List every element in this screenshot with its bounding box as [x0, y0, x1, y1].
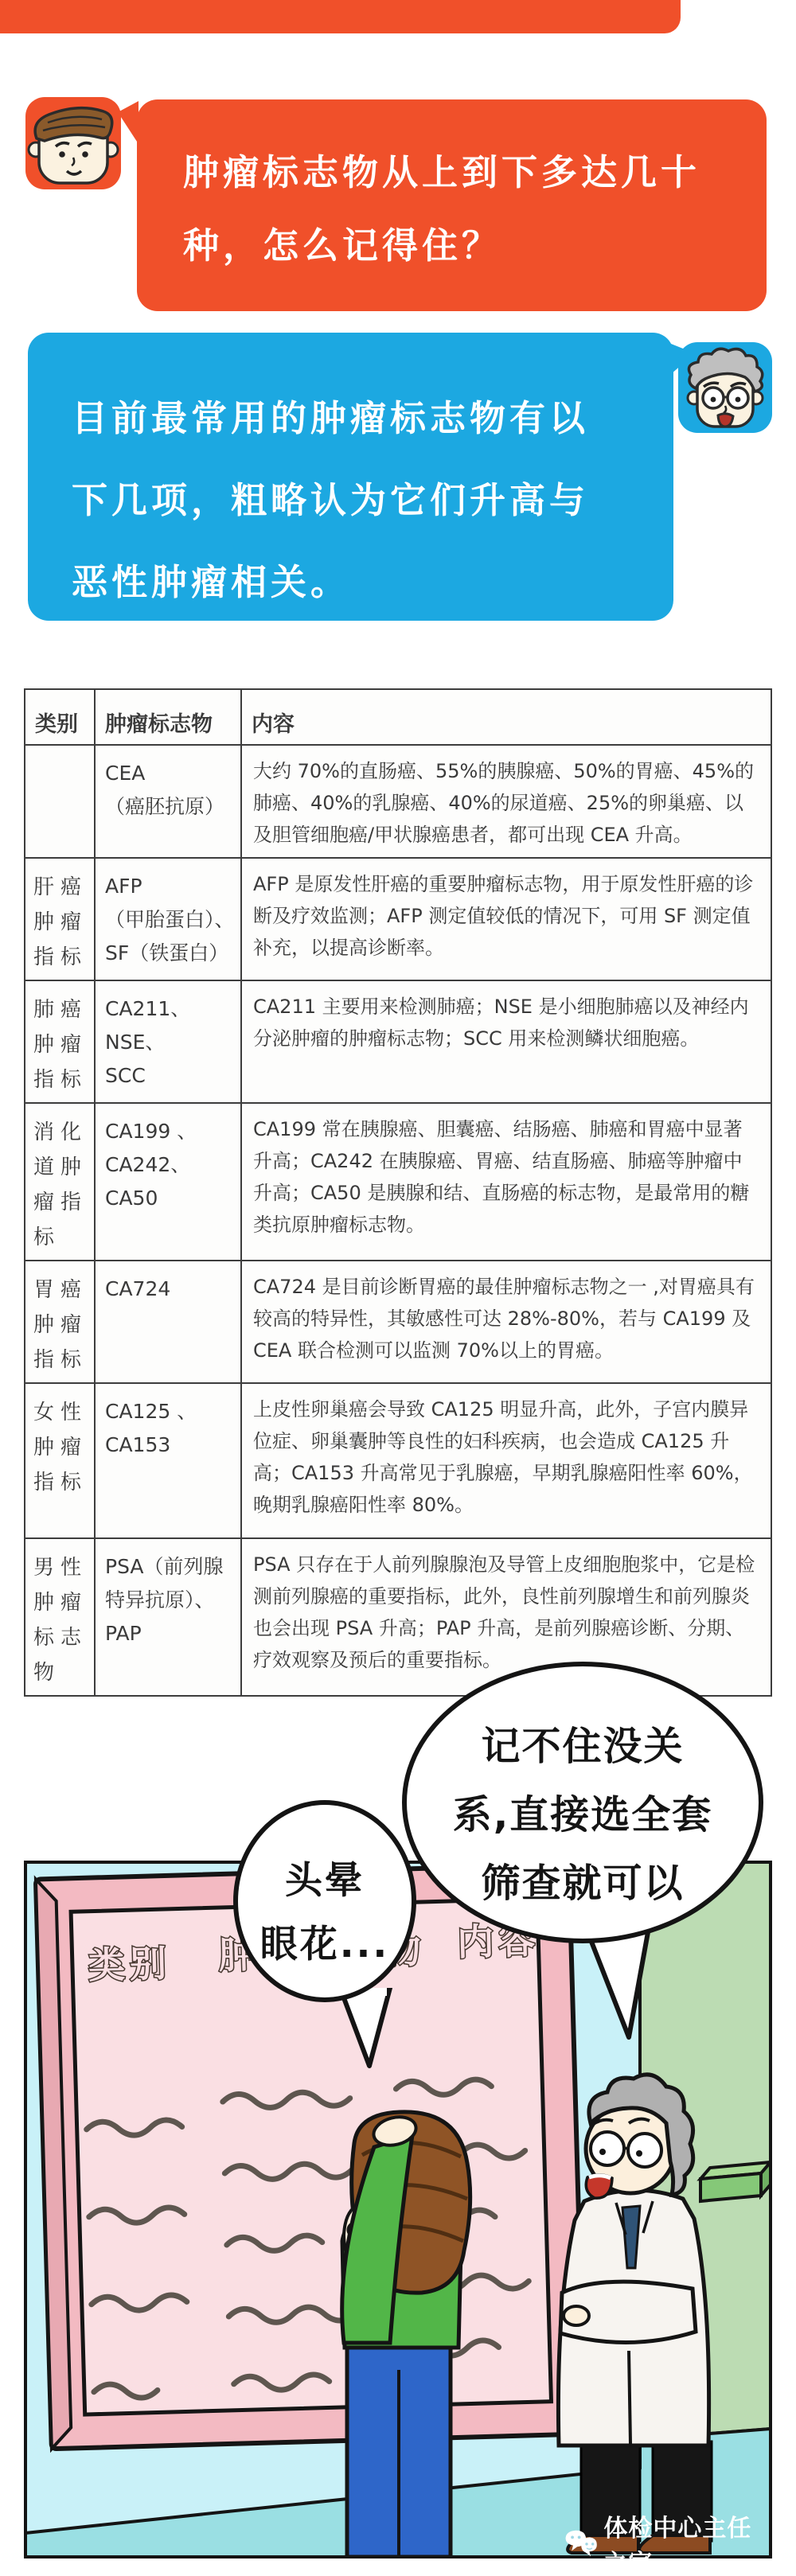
content-cell: CA724 是目前诊断胃癌的最佳肿瘤标志物之一 ,对胃癌具有较高的特异性，其敏感…: [241, 1261, 771, 1383]
table-row: CEA （癌胚抗原） 大约 70%的直肠癌、55%的胰腺癌、50%的胃癌、45%…: [25, 745, 771, 858]
fullset-line: 系,直接选全套: [407, 1781, 759, 1849]
dizzy-line: 眼花...: [238, 1913, 412, 1977]
header-category: 类别: [25, 689, 95, 745]
wall-sign: [700, 2162, 771, 2201]
content-cell: AFP 是原发性肝癌的重要肿瘤标志物，用于原发性肝癌的诊断及疗效监测；AFP 测…: [241, 858, 771, 980]
question-bubble: 肿瘤标志物从上到下多达几十 种，怎么记得住？: [137, 99, 767, 311]
marker-cell: CA125 、 CA153: [95, 1383, 241, 1538]
answer-bubble: 目前最常用的肿瘤标志物有以 下几项，粗略认为它们升高与 恶性肿瘤相关。: [28, 333, 673, 621]
category-cell: [25, 745, 95, 858]
question-line: 肿瘤标志物从上到下多达几十: [183, 136, 767, 209]
doctor-avatar: [678, 342, 772, 433]
content-cell: PSA 只存在于人前列腺腺泡及导管上皮细胞胞浆中，它是检测前列腺癌的重要指标，此…: [241, 1538, 771, 1696]
tumor-marker-table: 类别 肿瘤标志物 内容 CEA （癌胚抗原） 大约 70%的直肠癌、55%的胰腺…: [24, 688, 772, 1697]
table-row: 男性肿瘤标志物 PSA（前列腺 特异抗原）、 PAP PSA 只存在于人前列腺腺…: [25, 1538, 771, 1696]
table-row: 女性肿瘤指标 CA125 、 CA153 上皮性卵巢癌会导致 CA125 明显升…: [25, 1383, 771, 1538]
man-figure: [342, 2112, 470, 2557]
answer-line: 恶性肿瘤相关。: [72, 541, 673, 623]
infographic-page: 肿瘤标志物从上到下多达几十 种，怎么记得住？ 目前最常用的肿瘤标志物有以 下几项…: [0, 0, 796, 2576]
watermark: 体检中心主任之家: [564, 2508, 772, 2576]
fullset-line: 记不住没关: [407, 1713, 759, 1781]
doctor-hand: [564, 2306, 589, 2325]
fullset-bubble: 记不住没关 系,直接选全套 筛查就可以: [402, 1662, 763, 1943]
answer-line: 下几项，粗略认为它们升高与: [72, 459, 673, 541]
watermark-text: 体检中心主任之家: [603, 2508, 772, 2576]
category-cell: 女性肿瘤指标: [25, 1383, 95, 1538]
question-line: 种，怎么记得住？: [183, 209, 767, 283]
question-bubble-tail: [118, 101, 139, 144]
category-cell: 男性肿瘤标志物: [25, 1538, 95, 1696]
table-row: 胃癌肿瘤指标 CA724 CA724 是目前诊断胃癌的最佳肿瘤标志物之一 ,对胃…: [25, 1261, 771, 1383]
category-cell: 肝癌肿瘤指标: [25, 858, 95, 980]
top-strip: [0, 0, 681, 33]
dizzy-line: 头晕: [238, 1849, 412, 1913]
header-content: 内容: [241, 689, 771, 745]
content-cell: CA211 主要用来检测肺癌；NSE 是小细胞肺癌以及神经内分泌肿瘤的肿瘤标志物…: [241, 980, 771, 1103]
chat-faces-icon: [564, 2527, 599, 2560]
content-cell: CA199 常在胰腺癌、胆囊癌、结肠癌、肺癌和胃癌中显著升高；CA242 在胰腺…: [241, 1103, 771, 1261]
table-row: 消化道肿瘤指标 CA199 、 CA242、CA50 CA199 常在胰腺癌、胆…: [25, 1103, 771, 1261]
table-row: 肝癌肿瘤指标 AFP （甲胎蛋白）、 SF（铁蛋白） AFP 是原发性肝癌的重要…: [25, 858, 771, 980]
doctor-glasses-lens: [628, 2134, 661, 2167]
doctor-glasses-lens: [591, 2132, 624, 2165]
board-header-category: 类别: [88, 1942, 171, 1987]
dizzy-bubble-tail: [333, 1988, 404, 2071]
marker-cell: CA211、NSE、 SCC: [95, 980, 241, 1103]
table-header-row: 类别 肿瘤标志物 内容: [25, 689, 771, 745]
content-cell: 上皮性卵巢癌会导致 CA125 明显升高，此外，子宫内膜异位症、卵巢囊肿等良性的…: [241, 1383, 771, 1538]
dizzy-bubble: 头晕 眼花...: [233, 1800, 416, 2002]
marker-cell: PSA（前列腺 特异抗原）、 PAP: [95, 1538, 241, 1696]
category-cell: 肺癌肿瘤指标: [25, 980, 95, 1103]
doctor-avatar-icon: [678, 342, 772, 433]
marker-cell: CEA （癌胚抗原）: [95, 745, 241, 858]
patient-avatar: [25, 97, 121, 189]
header-marker: 肿瘤标志物: [95, 689, 241, 745]
fullset-line: 筛查就可以: [407, 1849, 759, 1918]
marker-cell: CA199 、 CA242、CA50: [95, 1103, 241, 1261]
category-cell: 胃癌肿瘤指标: [25, 1261, 95, 1383]
answer-line: 目前最常用的肿瘤标志物有以: [72, 377, 673, 459]
marker-cell: AFP （甲胎蛋白）、 SF（铁蛋白）: [95, 858, 241, 980]
table-row: 肺癌肿瘤指标 CA211、NSE、 SCC CA211 主要用来检测肺癌；NSE…: [25, 980, 771, 1103]
marker-cell: CA724: [95, 1261, 241, 1383]
open-mouth: [718, 414, 733, 427]
category-cell: 消化道肿瘤指标: [25, 1103, 95, 1261]
patient-avatar-icon: [25, 97, 121, 189]
content-cell: 大约 70%的直肠癌、55%的胰腺癌、50%的胃癌、45%的肺癌、40%的乳腺癌…: [241, 745, 771, 858]
